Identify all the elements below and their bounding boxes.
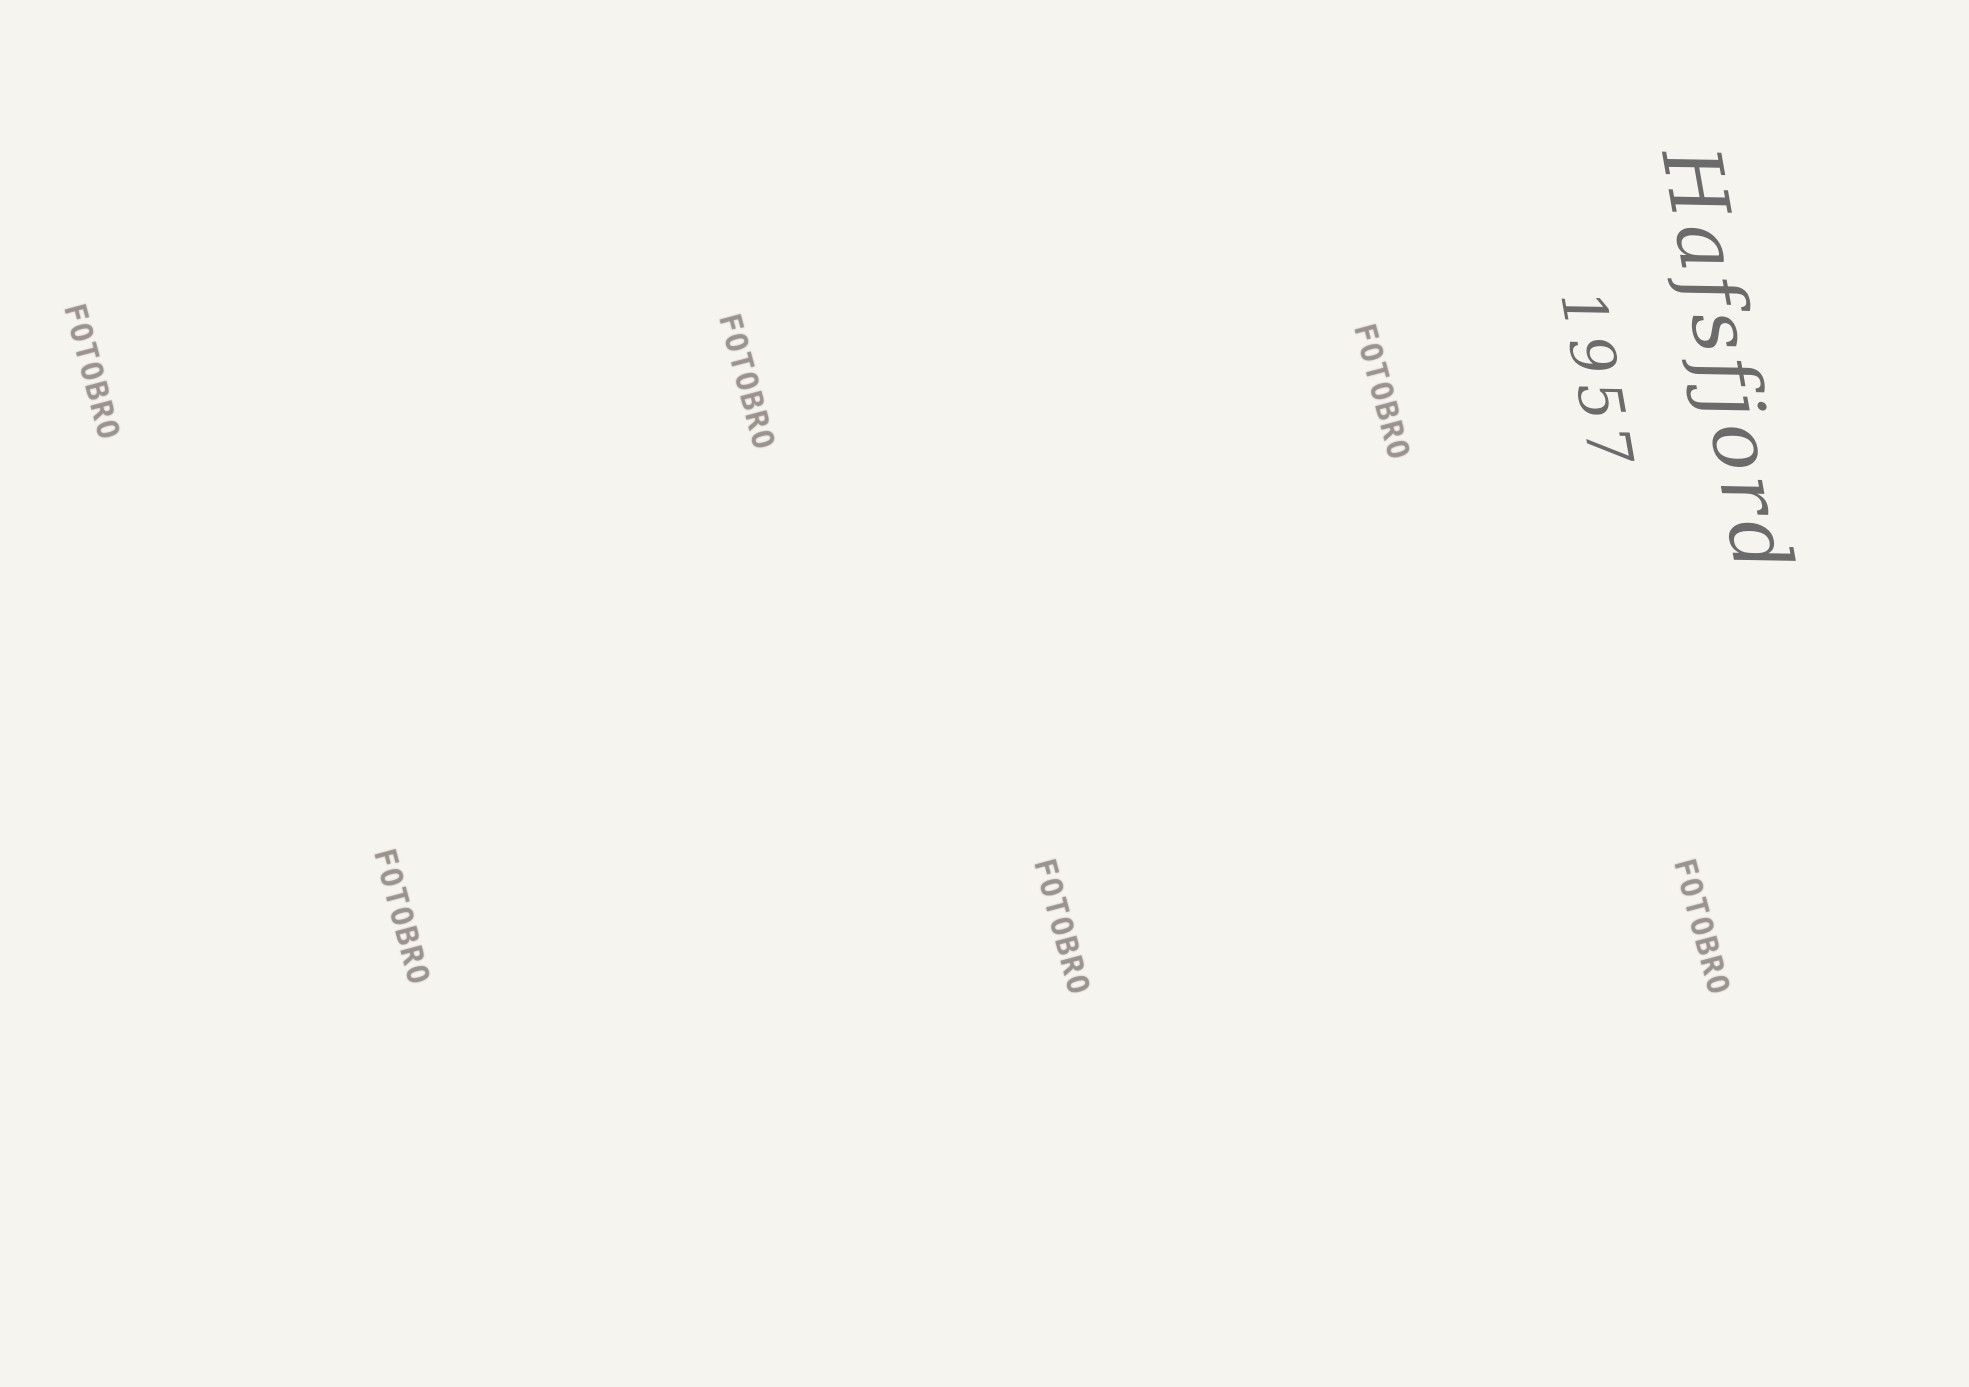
backprint-stamp: FOTOBRO [366,845,436,990]
backprint-stamp: FOTOBRO [1026,855,1096,1000]
backprint-stamp: FOTOBRO [56,300,126,445]
handwritten-place: Hafsfjord [1643,140,1810,584]
photo-paper-back: Hafsfjord 1957 FOTOBRO FOTOBRO FOTOBRO F… [0,0,1969,1387]
handwritten-year: 1957 [1546,285,1647,479]
backprint-stamp: FOTOBRO [711,310,781,455]
backprint-stamp: FOTOBRO [1346,320,1416,465]
backprint-stamp: FOTOBRO [1666,855,1736,1000]
